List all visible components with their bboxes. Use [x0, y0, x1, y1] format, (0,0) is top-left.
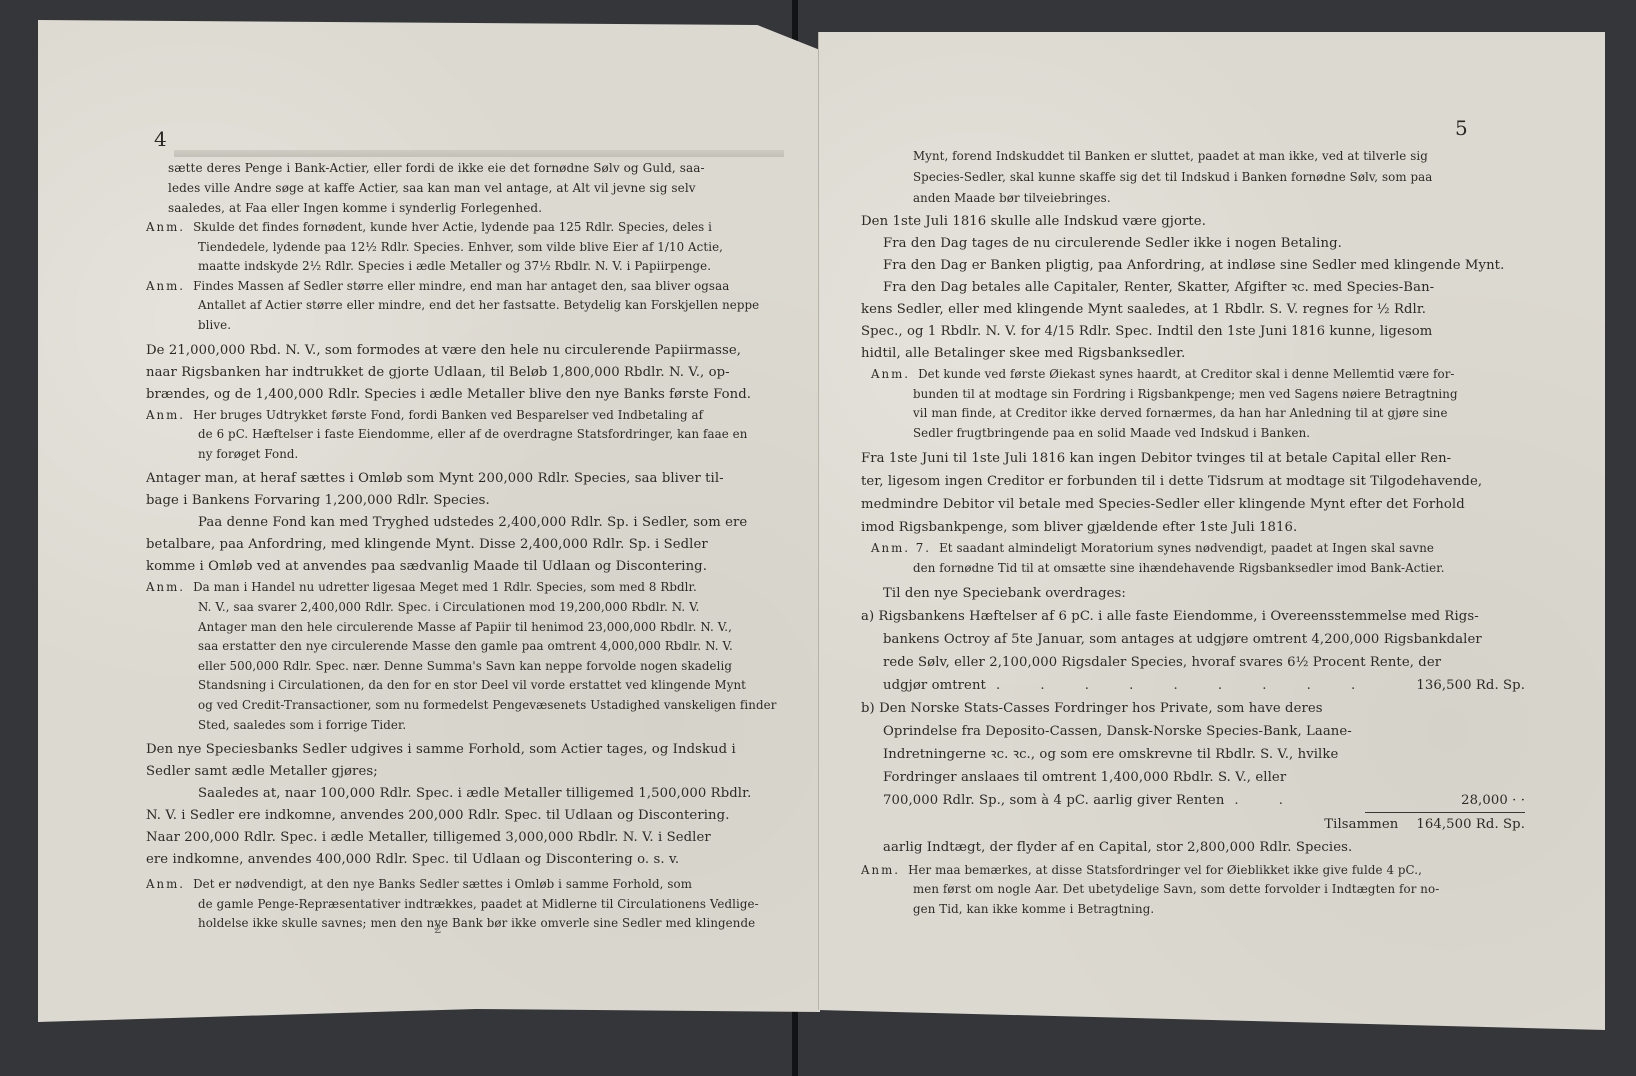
- paragraph: Antager man, at heraf sættes i Omløb som…: [146, 468, 806, 512]
- paragraph: sætte deres Penge i Bank-Actier, eller f…: [146, 158, 806, 218]
- paragraph: Fra den Dag betales alle Capitaler, Rent…: [861, 277, 1525, 365]
- paragraph: Paa denne Fond kan med Tryghed udstedes …: [146, 512, 806, 578]
- annotation-note: Anm.Det er nødvendigt, at den nye Banks …: [146, 875, 806, 934]
- ledger-item-b: b) Den Norske Stats-Casses Fordringer ho…: [861, 697, 1525, 859]
- paragraph: Fra den Dag tages de nu circulerende Sed…: [861, 233, 1525, 255]
- paragraph: Fra 1ste Juni til 1ste Juli 1816 kan ing…: [861, 447, 1525, 539]
- page-number-right: 5: [1455, 116, 1468, 140]
- ledger-amount: 136,500 Rd. Sp.: [1375, 674, 1525, 697]
- ledger-row: 700,000 Rdlr. Sp., som à 4 pC. aarlig gi…: [861, 789, 1525, 812]
- paragraph: Den 1ste Juli 1816 skulle alle Indskud v…: [861, 211, 1525, 233]
- annotation-note: Anm.Findes Massen af Sedler større eller…: [146, 277, 806, 336]
- annotation-note: Anm.Her bruges Udtrykket første Fond, fo…: [146, 406, 806, 465]
- annotation-note-continued: Mynt, forend Indskuddet til Banken er sl…: [861, 146, 1525, 209]
- annotation-note: Anm.Her maa bemærkes, at disse Statsford…: [861, 861, 1525, 920]
- right-page: 5 Mynt, forend Indskuddet til Banken er …: [818, 32, 1605, 1030]
- right-page-text: Mynt, forend Indskuddet til Banken er sl…: [861, 146, 1525, 919]
- annotation-note: Anm.Det kunde ved første Øiekast synes h…: [861, 365, 1525, 443]
- annotation-note: Anm.Da man i Handel nu udretter ligesaa …: [146, 578, 806, 735]
- paragraph: Til den nye Speciebank overdrages:: [861, 583, 1525, 605]
- ledger-amount: 28,000 · ·: [1375, 789, 1525, 812]
- paragraph: Den nye Speciesbanks Sedler udgives i sa…: [146, 739, 806, 783]
- paragraph: Fra den Dag er Banken pligtig, paa Anfor…: [861, 255, 1525, 277]
- ledger-item-a: a) Rigsbankens Hæftelser af 6 pC. i alle…: [861, 605, 1525, 697]
- annotation-note: Anm.Skulde det findes fornødent, kunde h…: [146, 218, 806, 277]
- left-page: 4 sætte deres Penge i Bank-Actier, eller…: [38, 20, 820, 1022]
- ledger-total-row: Tilsammen 164,500 Rd. Sp.: [861, 813, 1525, 836]
- header-rule: [174, 150, 784, 157]
- paragraph: Saaledes at, naar 100,000 Rdlr. Spec. i …: [146, 783, 806, 871]
- ledger-row: udgjør omtrent . . . . . . . . . . 136,5…: [861, 674, 1525, 697]
- page-number-left: 4: [154, 127, 167, 151]
- signature-mark: 2: [434, 922, 442, 936]
- left-page-text: sætte deres Penge i Bank-Actier, eller f…: [146, 158, 806, 934]
- annotation-note: Anm. 7.Et saadant almindeligt Moratorium…: [861, 539, 1525, 578]
- ledger-total-amount: 164,500 Rd. Sp.: [1416, 813, 1525, 836]
- paragraph: De 21,000,000 Rbd. N. V., som formodes a…: [146, 340, 806, 406]
